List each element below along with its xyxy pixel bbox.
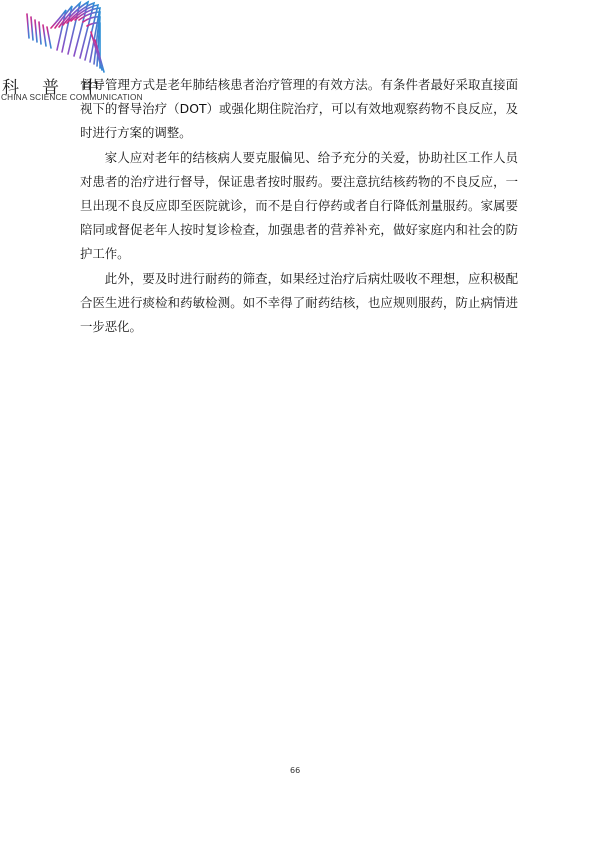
paragraph-1: 督导管理方式是老年肺结核患者治疗管理的有效方法。有条件者最好采取直接面视下的督导… [80,73,518,146]
wave-logo-icon [22,0,122,75]
page-number: 66 [290,766,300,775]
paragraph-3: 此外，要及时进行耐药的筛查，如果经过治疗后病灶吸收不理想，应积极配合医生进行痰检… [80,267,518,340]
document-body: 督导管理方式是老年肺结核患者治疗管理的有效方法。有条件者最好采取直接面视下的督导… [80,73,518,339]
paragraph-2: 家人应对老年的结核病人要克服偏见、给予充分的关爱，协助社区工作人员对患者的治疗进… [80,146,518,267]
